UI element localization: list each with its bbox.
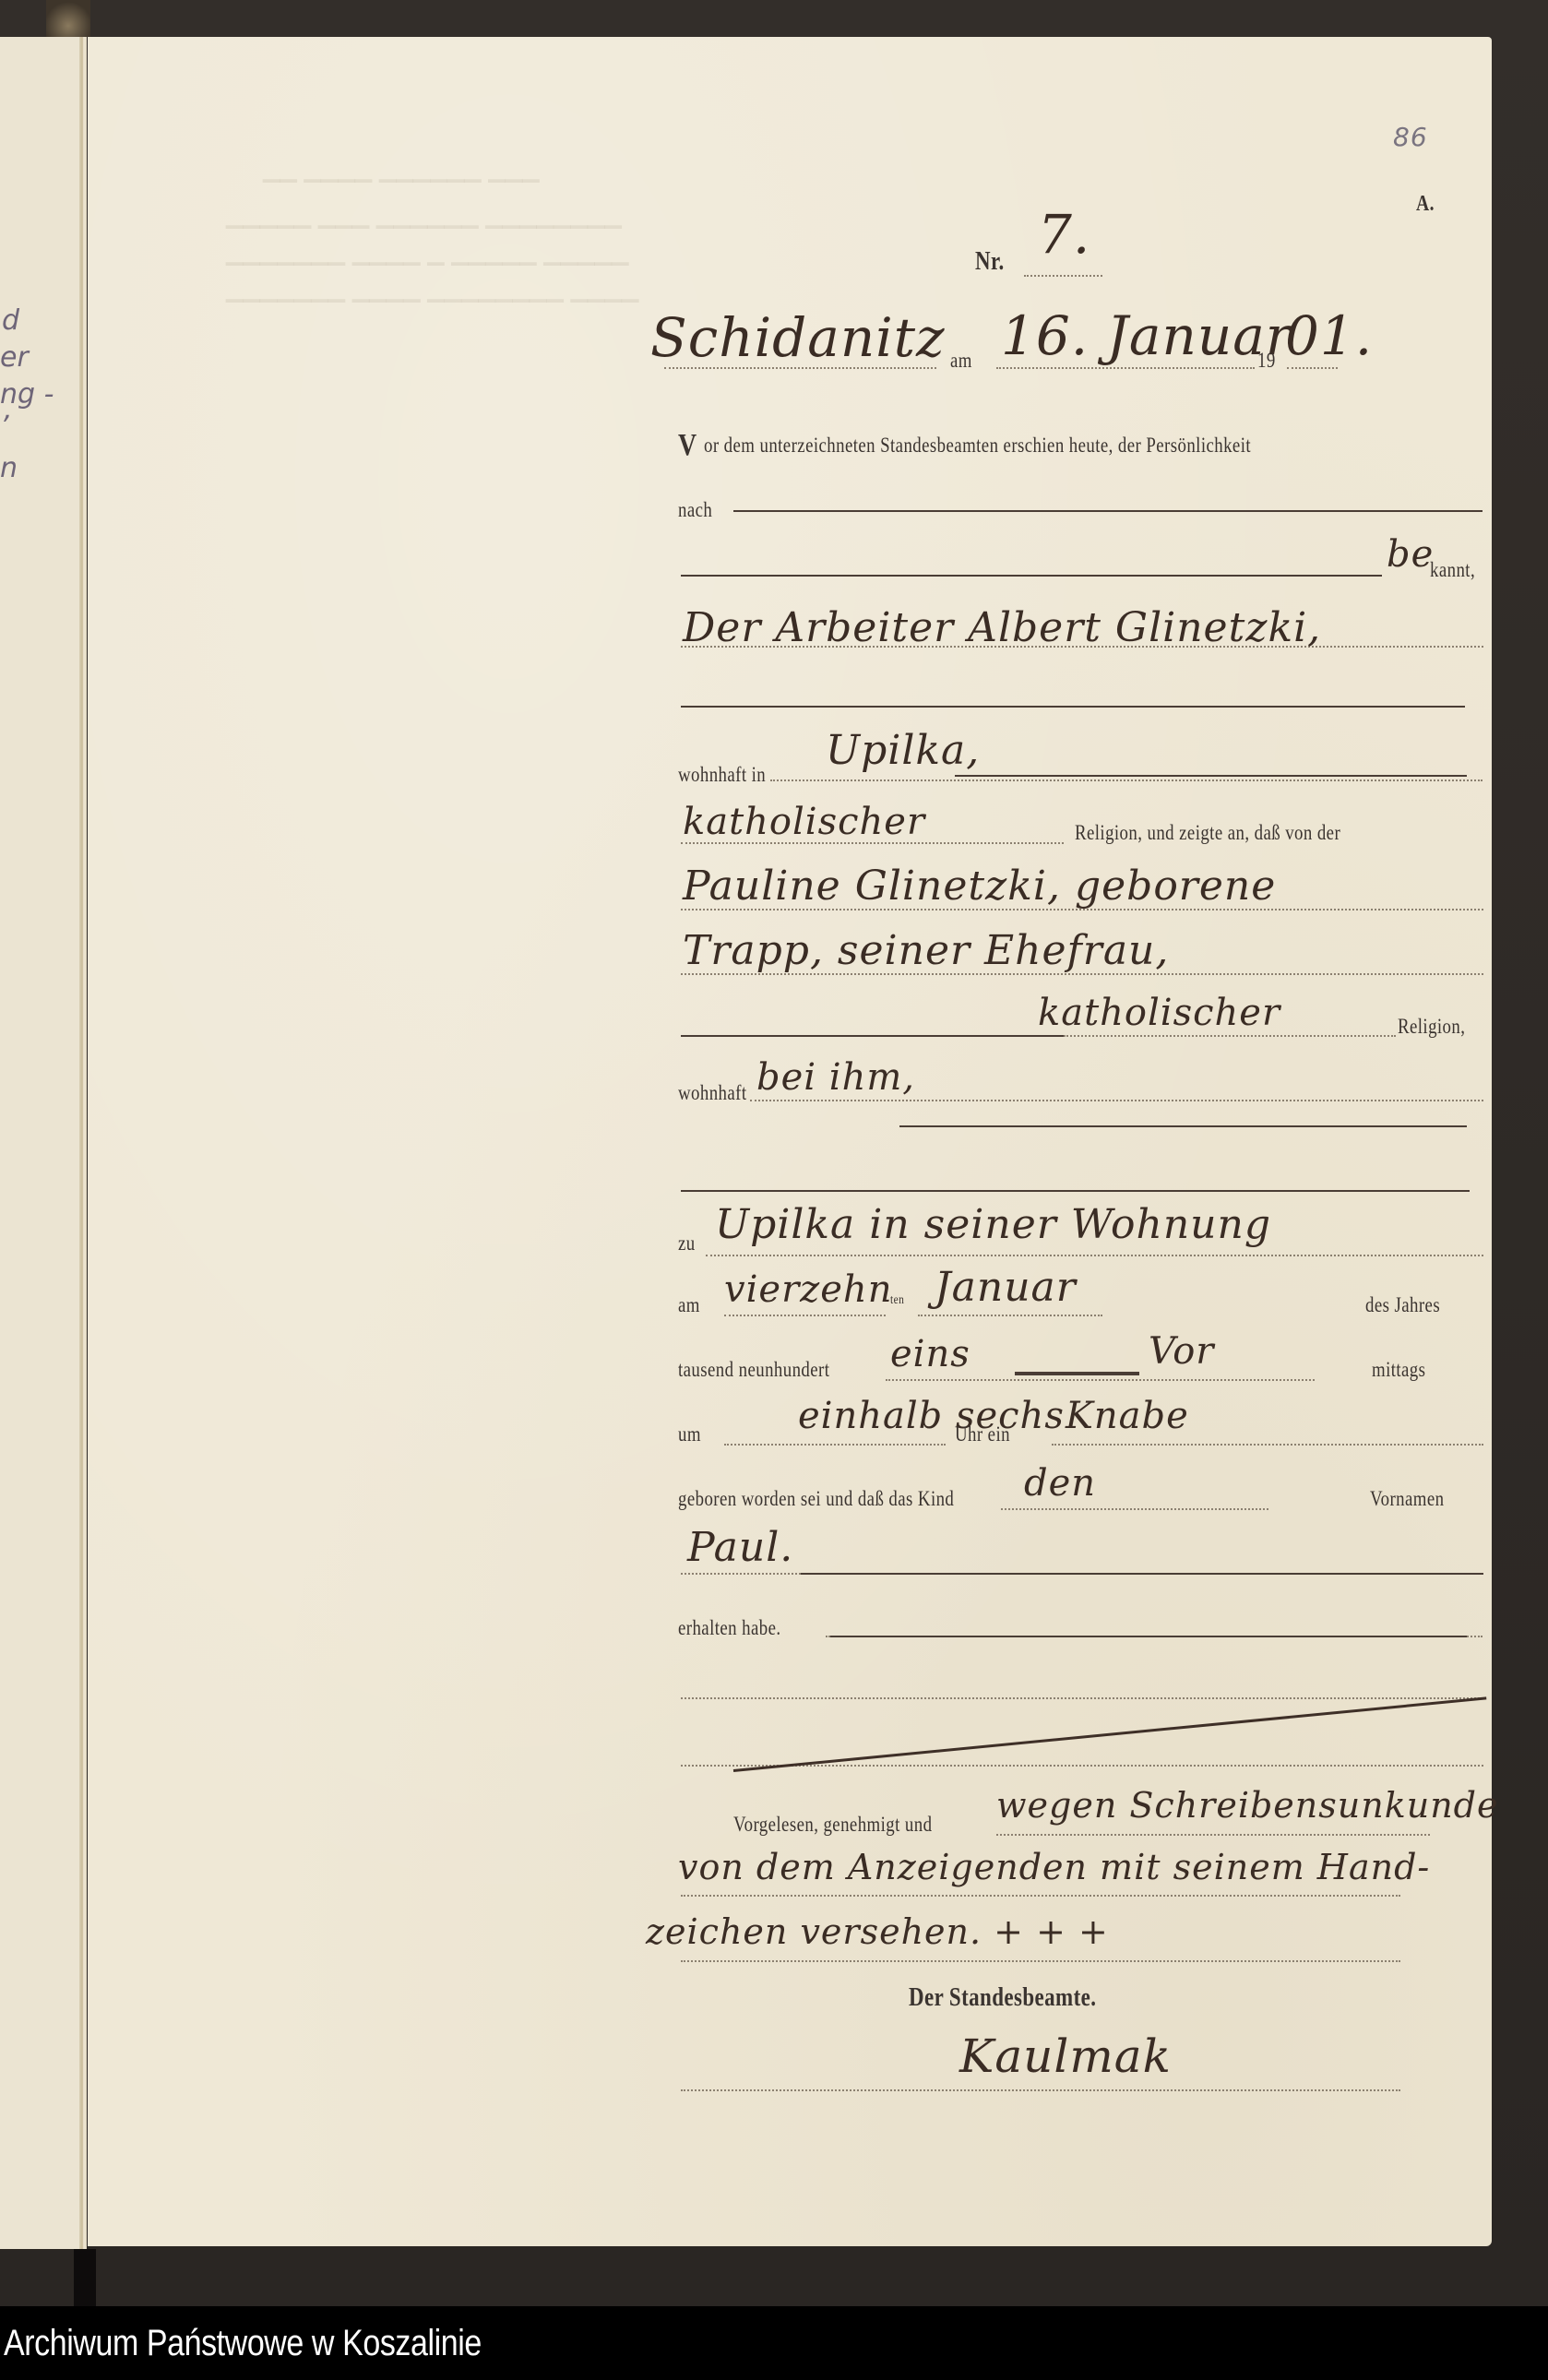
uhr-ein-label: Uhr ein [955,1422,1010,1446]
mother-residence-field-line [750,1100,1483,1101]
left-page-edge: d er ng - ’ n [0,37,85,2249]
closing-hand-1: wegen Schreibensunkunde [996,1785,1499,1826]
closing-field-line-3 [681,1960,1400,1962]
blank-field-line-1 [681,1697,1483,1699]
child-sex-field-line [1052,1444,1483,1446]
wohnhaft-in-label: wohnhaft in [678,763,766,787]
um-label: um [678,1422,701,1446]
birth-time: einhalb sechs [798,1395,1065,1437]
child-name-field-line [681,1573,801,1575]
am-label: am [950,349,972,373]
mother-residence-strike-line [899,1125,1467,1127]
bekannt-strike-line [681,575,1382,577]
religion-value-1: katholischer [683,801,925,843]
margin-note: ng - [0,378,54,411]
date-field-line [996,367,1255,369]
birth-day: vierzehn [724,1268,892,1311]
birth-time-field-line [724,1444,946,1446]
intro-text: or dem unterzeichneten Standesbeamten er… [704,434,1251,458]
residence-strike-line [955,775,1467,777]
ten-label: ten [890,1293,904,1308]
year-prefix: 19 [1257,349,1276,373]
folio-number: 86 [1393,122,1428,152]
archive-footer-label: Archiwum Państwowe w Koszalinie [4,2323,482,2364]
nr-label: Nr. [975,247,1005,277]
nr-value: 7. [1038,203,1090,266]
official-title: Der Standesbeamte. [909,1983,1096,2013]
blank-strike-line [681,706,1465,708]
child-name-strike-line [801,1573,1483,1575]
dash-stroke [1015,1372,1139,1375]
religion-field-line-2 [1064,1035,1396,1037]
des-jahres-label: des Jahres [1365,1293,1440,1317]
erhalten-strike-line [830,1636,1467,1637]
religion-strike-line-2 [681,1035,1064,1037]
den-field-line [1001,1508,1268,1510]
bleed-through-text: ▁▁▁▁▁ ▁▁▁ ▁▁▁▁▁▁ ▁▁▁▁▁▁▁▁ [226,203,622,229]
birth-place: Upilka in seiner Wohnung [715,1201,1271,1248]
birth-day-field-line [724,1315,886,1316]
place-value: Schidanitz [650,306,946,369]
date-value: 16. Januar [1001,304,1292,367]
margin-note: er [0,341,29,374]
vornamen-label: Vornamen [1370,1487,1444,1511]
birth-month-field-line [918,1315,1102,1316]
nr-field-line [1024,275,1102,277]
tausend-label: tausend neunhundert [678,1358,829,1382]
closing-hand-3: zeichen versehen. + + + [646,1911,1109,1952]
wohnhaft-label: wohnhaft [678,1081,747,1105]
binding-thread [46,0,90,37]
year-value: 01. [1285,304,1373,367]
birth-month: Januar [935,1264,1077,1311]
gutter-shadow [74,2249,96,2306]
closing-field-line-1 [996,1834,1430,1836]
religion-value-2: katholischer [1038,992,1280,1034]
form-letter: A. [1416,192,1435,217]
am-label-2: am [678,1293,700,1317]
diagonal-strike [733,1696,1487,1772]
book-gutter [79,37,87,2249]
birth-year-word: eins [890,1333,970,1375]
bekannt-hand: be [1387,533,1434,576]
nach-strike-line [733,510,1483,512]
register-page: ▁▁ ▁▁▁▁ ▁▁▁▁▁▁ ▁▁▁ ▁▁▁▁▁ ▁▁▁ ▁▁▁▁▁▁ ▁▁▁▁… [88,37,1492,2246]
religion-label-2: Religion, [1398,1015,1465,1039]
margin-note: ’ [0,411,9,443]
vorgelesen-label: Vorgelesen, genehmigt und [733,1813,932,1837]
residence-value: Upilka, [826,727,980,774]
mother-line-2: Trapp, seiner Ehefrau, [683,927,1169,974]
child-sex: Knabe [1066,1395,1189,1437]
bleed-through-text: ▁▁ ▁▁▁▁ ▁▁▁▁▁▁ ▁▁▁ [263,157,540,183]
geboren-text: geboren worden sei und daß das Kind [678,1487,954,1511]
bekannt-label: kannt, [1430,558,1475,582]
religion-text-1: Religion, und zeigte an, daß von der [1075,821,1340,845]
zu-label: zu [678,1232,696,1255]
mother-residence: bei ihm, [756,1056,915,1099]
birth-place-field-line [706,1255,1483,1256]
nach-label: nach [678,498,712,522]
closing-hand-2: von dem Anzeigenden mit seinem Hand- [678,1847,1430,1887]
official-signature: Kaulmak [959,2029,1172,2083]
signature-field-line [681,2089,1400,2091]
residence-field-line [770,779,1483,781]
child-name: Paul. [687,1524,793,1571]
den-value: den [1024,1462,1096,1505]
mittags-label: mittags [1372,1358,1425,1382]
year-field-line [1287,367,1338,369]
vor-value: Vor [1149,1330,1214,1373]
erhalten-label: erhalten habe. [678,1616,781,1640]
margin-note: n [0,452,18,484]
birth-year-field-line [886,1379,1315,1381]
margin-note: d [2,304,19,337]
bleed-through-text: ▁▁▁▁▁▁▁ ▁▁▁▁ ▁ ▁▁▁▁▁ ▁▁▁▁▁ [226,240,629,266]
mother-line-1: Pauline Glinetzki, geborene [683,863,1276,910]
bleed-through-text: ▁▁▁▁▁▁▁ ▁▁▁▁ ▁▁▁▁▁▁▁▁ ▁▁▁▁ [226,277,638,303]
intro-initial: V [678,428,697,463]
declarant-name: Der Arbeiter Albert Glinetzki, [683,604,1321,651]
closing-field-line-2 [681,1895,1400,1897]
blank-strike-line-2 [681,1190,1470,1192]
